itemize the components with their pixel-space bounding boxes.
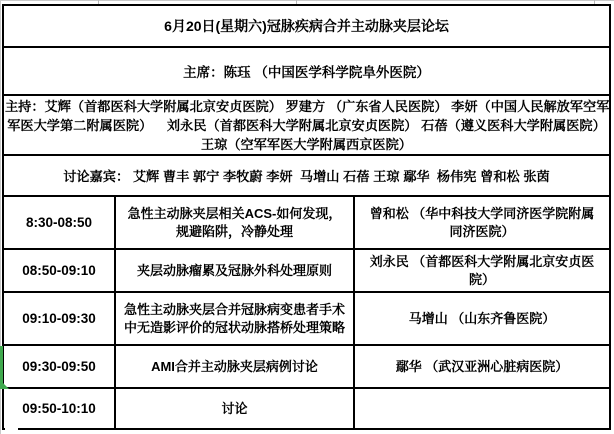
schedule-row: 09:50-10:10 讨论 (4, 389, 609, 428)
schedule-row: 8:30-08:50 急性主动脉夹层相关ACS-如何发现，规避陷阱，冷静处理 曾… (4, 197, 609, 250)
time-cell: 09:50-10:10 (4, 389, 116, 428)
schedule-row: 09:30-09:50 AMI合并主动脉夹层病例讨论 鄢华 （武汉亚洲心脏病医院… (4, 346, 609, 389)
schedule-row: 08:50-09:10 夹层动脉瘤累及冠脉外科处理原则 刘永民 （首都医科大学附… (4, 250, 609, 293)
forum-title: 6月20日(星期六)冠脉疾病合并主动脉夹层论坛 (4, 16, 609, 36)
speaker-cell: 马增山 （山东齐鲁医院） (355, 293, 609, 344)
time-cell: 09:30-09:50 (4, 346, 116, 387)
time-cell: 08:50-09:10 (4, 250, 116, 291)
topic-cell: 急性主动脉夹层相关ACS-如何发现，规避陷阱，冷静处理 (116, 197, 355, 248)
schedule-row: 09:10-09:30 急性主动脉夹层合并冠脉病变患者手术中无造影评价的冠状动脉… (4, 293, 609, 346)
panelists-row: 讨论嘉宾： 艾辉 曹丰 郭宁 李牧蔚 李妍 马增山 石蓓 王琼 鄢华 杨伟宪 曾… (4, 156, 609, 197)
speaker-cell (355, 389, 609, 428)
speaker-cell: 曾和松 （华中科技大学同济医学院附属同济医院） (355, 197, 609, 248)
panelists-text: 讨论嘉宾： 艾辉 曹丰 郭宁 李牧蔚 李妍 马增山 石蓓 王琼 鄢华 杨伟宪 曾… (4, 166, 609, 185)
topic-cell: 急性主动脉夹层合并冠脉病变患者手术中无造影评价的冠状动脉搭桥处理策略 (116, 293, 355, 344)
hosts-text-line1: 主持：艾辉（首都医科大学附属北京安贞医院） 罗建方 （广东省人民医院） 李妍（中… (4, 97, 609, 116)
hosts-text-line3: 王琼（空军军医大学附属西京医院） (4, 135, 609, 154)
time-cell: 8:30-08:50 (4, 197, 116, 248)
topic-cell: AMI合并主动脉夹层病例讨论 (116, 346, 355, 387)
chair-row: 主席：陈珏 （中国医学科学院阜外医院） (4, 48, 609, 96)
green-selection-flag-icon (0, 380, 9, 389)
speaker-cell: 鄢华 （武汉亚洲心脏病医院） (355, 346, 609, 387)
forum-schedule-table: 6月20日(星期六)冠脉疾病合并主动脉夹层论坛 主席：陈珏 （中国医学科学院阜外… (2, 4, 611, 430)
hosts-text-line2: 军医大学第二附属医院） 刘永民（首都医科大学附属北京安贞医院） 石蓓（遵义医科大… (4, 116, 609, 135)
time-cell: 09:10-09:30 (4, 293, 116, 344)
sheet-gridline-top (0, 0, 614, 1)
chair-text: 主席：陈珏 （中国医学科学院阜外医院） (4, 61, 609, 81)
topic-cell: 讨论 (116, 389, 355, 428)
topic-cell: 夹层动脉瘤累及冠脉外科处理原则 (116, 250, 355, 291)
title-row: 6月20日(星期六)冠脉疾病合并主动脉夹层论坛 (4, 6, 609, 48)
hosts-row: 主持：艾辉（首都医科大学附属北京安贞医院） 罗建方 （广东省人民医院） 李妍（中… (4, 96, 609, 156)
bottom-border-gap (5, 428, 18, 432)
screenshot-canvas: 6月20日(星期六)冠脉疾病合并主动脉夹层论坛 主席：陈珏 （中国医学科学院阜外… (0, 0, 614, 434)
speaker-cell: 刘永民 （首都医科大学附属北京安贞医院） (355, 250, 609, 291)
